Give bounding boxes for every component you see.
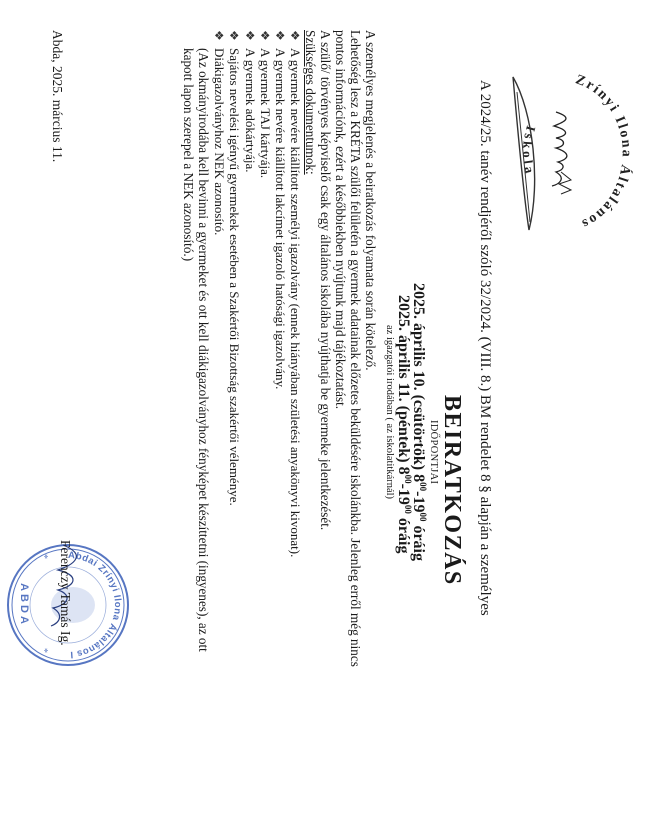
date-1-start-minutes: 00 [418,482,428,491]
paragraph-one-school: A szülő/ törvényes képviselő csak egy ál… [318,30,333,530]
diamond-bullet-icon: ❖ [257,30,272,48]
paragraph-attendance: A személyes megjelenés a beiratkozás fol… [363,30,378,371]
school-logo: Zrínyi Ilona Általános Iskola [501,52,651,252]
document-item: ❖Diákigazolványhoz NEK azonosító. [211,30,227,235]
logo-arc-text-top: Zrínyi Ilona Általános [573,72,635,231]
document-item-text: A gyermek adókártyája. [243,48,258,173]
nek-note-line-2: kapott lapon szerepel a NEK azonosító.) [181,48,196,261]
document-item-text: A gyermek nevére kiállított lakcímet iga… [273,48,288,389]
document-item-text: A gyermek nevére kiállított személyi iga… [288,48,303,557]
stamp-text-bottom: ABDA [18,583,30,627]
diamond-bullet-icon: ❖ [272,30,287,48]
document-item: ❖A gyermek nevére kiállított személyi ig… [287,30,303,557]
date-2-end-minutes: 00 [403,505,413,514]
diamond-bullet-icon: ❖ [211,30,226,48]
page-title: BEIRATKOZÁS [438,395,465,586]
date-1-text: 2025. április 10. (csütörtök) 8 [410,283,427,482]
document-item-text: Diákigazolványhoz NEK azonosító. [212,48,227,235]
date-1-suffix: óráig [410,521,427,561]
document-item: ❖Sajátos nevelési igényű gyermekek eseté… [226,30,242,506]
place-and-date: Abda, 2025. március 11. [49,30,65,162]
required-documents-heading: Szükséges dokumentumok: [303,30,318,175]
legal-basis-line: A 2024/25. tanév rendjéről szóló 32/2024… [476,80,493,616]
document-item: ❖A gyermek nevére kiállított lakcímet ig… [272,30,288,389]
enrollment-date-2: 2025. április 11. (péntek) 800-1900 órái… [394,295,412,553]
nek-note-line-1: (Az okmányirodába kell bevinni a gyermek… [196,48,211,652]
document-item: ❖A gyermek adókártyája. [242,30,258,173]
document-item-text: A gyermek TAJ kártyája. [258,48,273,178]
svg-text:Zrínyi Ilona Általános: Zrínyi Ilona Általános [573,72,635,231]
date-2-start-minutes: 00 [403,475,413,484]
paragraph-kreta-2: pontos információnk, ezért a későbbiekbe… [333,30,348,409]
diamond-bullet-icon: ❖ [287,30,302,48]
enrollment-notice-page: Zrínyi Ilona Általános Iskola A 2024/25.… [0,0,653,831]
page-subtitle: IDŐPONTJAI [428,420,439,484]
document-item: ❖A gyermek TAJ kártyája. [257,30,273,178]
paragraph-kreta-1: Lehetőség lesz a KRÉTA szülői felületén … [348,30,363,667]
svg-text:*: * [38,648,49,653]
date-2-text: 2025. április 11. (péntek) 8 [395,295,412,475]
diamond-bullet-icon: ❖ [226,30,241,48]
date-2-end-hour: -19 [395,484,412,505]
date-2-suffix: óráig [395,514,412,554]
document-viewport: Zrínyi Ilona Általános Iskola A 2024/25.… [0,0,653,831]
enrollment-location: az igazgatói irodában ( az iskolatitkárn… [384,325,395,499]
signatory-name: Ferenczy Tamás Ig. [57,540,73,646]
document-item-text: Sajátos nevelési igényű gyermekek esetéb… [227,48,242,506]
diamond-bullet-icon: ❖ [242,30,257,48]
